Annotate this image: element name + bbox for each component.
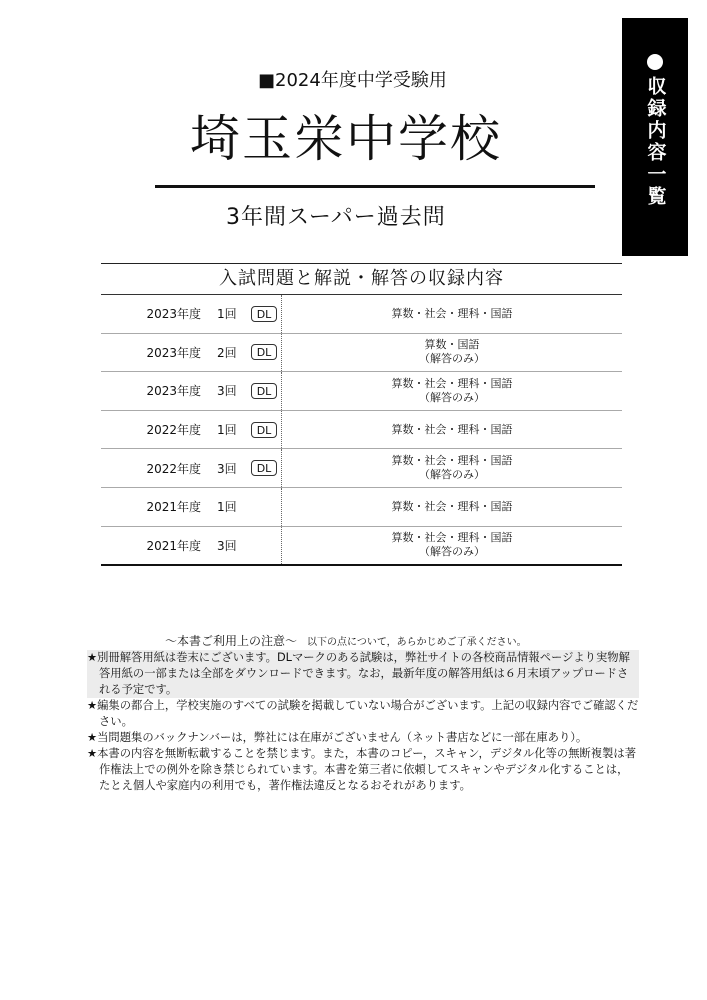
notes-list: ★別冊解答用紙は巻末にございます。DLマークのある試験は，弊社サイトの各校商品情… [87, 650, 639, 794]
subjects-text: 算数・社会・理科・国語 [392, 377, 513, 391]
contents-heading: 入試問題と解説・解答の収録内容 [101, 263, 622, 295]
dl-badge: DL [251, 422, 277, 438]
exam-round: 3回 [217, 460, 247, 477]
exam-year: 2022年度 [146, 421, 201, 438]
school-name: 埼玉栄中学校 [190, 112, 502, 167]
notes-aside: 以下の点について，あらかじめご了承ください。 [307, 637, 527, 648]
dl-badge [251, 499, 277, 515]
exam-info: 2023年度3回DL [101, 372, 282, 410]
subjects-text: 算数・社会・理科・国語 [392, 454, 513, 468]
edition-kicker: ■2024年度中学受験用 [258, 66, 447, 92]
exam-year: 2023年度 [146, 382, 201, 399]
exam-year: 2021年度 [146, 537, 201, 554]
table-row: 2021年度3回算数・社会・理科・国語（解答のみ） [101, 527, 622, 567]
dl-badge: DL [251, 344, 277, 360]
exam-round: 1回 [217, 305, 247, 322]
subjects-text: 算数・社会・理科・国語 [392, 423, 513, 437]
title-divider [155, 185, 595, 188]
exam-subjects: 算数・社会・理科・国語（解答のみ） [282, 372, 622, 410]
answers-only-note: （解答のみ） [419, 545, 485, 559]
subjects-text: 算数・社会・理科・国語 [392, 307, 513, 321]
table-row: 2023年度2回DL算数・国語（解答のみ） [101, 334, 622, 373]
answers-only-note: （解答のみ） [419, 468, 485, 482]
table-row: 2021年度1回算数・社会・理科・国語 [101, 488, 622, 527]
exam-subjects: 算数・社会・理科・国語 [282, 411, 622, 449]
dl-badge [251, 537, 277, 553]
note-item: ★当問題集のバックナンバーは，弊社には在庫がございません（ネット書店などに一部在… [87, 730, 639, 746]
exam-info: 2022年度1回DL [101, 411, 282, 449]
exam-round: 3回 [217, 382, 247, 399]
table-row: 2022年度1回DL算数・社会・理科・国語 [101, 411, 622, 450]
table-row: 2023年度3回DL算数・社会・理科・国語（解答のみ） [101, 372, 622, 411]
note-item: ★別冊解答用紙は巻末にございます。DLマークのある試験は，弊社サイトの各校商品情… [87, 650, 639, 698]
subjects-text: 算数・社会・理科・国語 [392, 500, 513, 514]
side-tab: 収録内容一覧 [622, 18, 688, 256]
exam-subjects: 算数・社会・理科・国語（解答のみ） [282, 527, 622, 565]
exam-year: 2022年度 [146, 460, 201, 477]
contents-table: 入試問題と解説・解答の収録内容 2023年度1回DL算数・社会・理科・国語202… [101, 263, 622, 566]
exam-round: 1回 [217, 498, 247, 515]
exam-round: 3回 [217, 537, 247, 554]
notes-title: ～本書ご利用上の注意～以下の点について，あらかじめご了承ください。 [165, 632, 527, 649]
exam-info: 2023年度1回DL [101, 295, 282, 333]
dl-badge: DL [251, 460, 277, 476]
exam-subjects: 算数・社会・理科・国語（解答のみ） [282, 449, 622, 487]
subjects-text: 算数・国語 [425, 338, 480, 352]
exam-info: 2021年度1回 [101, 488, 282, 526]
side-tab-label: 収録内容一覧 [646, 76, 665, 208]
exam-round: 1回 [217, 421, 247, 438]
exam-year: 2023年度 [146, 305, 201, 322]
bullet-circle-icon [647, 54, 663, 70]
exam-info: 2021年度3回 [101, 527, 282, 565]
exam-info: 2023年度2回DL [101, 334, 282, 372]
exam-subjects: 算数・社会・理科・国語 [282, 295, 622, 333]
note-item: ★本書の内容を無断転載することを禁じます。また，本書のコピー，スキャン，デジタル… [87, 746, 639, 794]
table-row: 2022年度3回DL算数・社会・理科・国語（解答のみ） [101, 449, 622, 488]
note-item: ★編集の都合上，学校実施のすべての試験を掲載していない場合がございます。上記の収… [87, 698, 639, 730]
exam-subjects: 算数・国語（解答のみ） [282, 334, 622, 372]
exam-year: 2023年度 [146, 344, 201, 361]
table-row: 2023年度1回DL算数・社会・理科・国語 [101, 295, 622, 334]
notes-heading: ～本書ご利用上の注意～ [165, 634, 297, 648]
exam-subjects: 算数・社会・理科・国語 [282, 488, 622, 526]
book-subtitle: 3年間スーパー過去問 [226, 200, 446, 231]
dl-badge: DL [251, 306, 277, 322]
exam-round: 2回 [217, 344, 247, 361]
subjects-text: 算数・社会・理科・国語 [392, 531, 513, 545]
answers-only-note: （解答のみ） [419, 391, 485, 405]
dl-badge: DL [251, 383, 277, 399]
answers-only-note: （解答のみ） [419, 352, 485, 366]
exam-year: 2021年度 [146, 498, 201, 515]
exam-info: 2022年度3回DL [101, 449, 282, 487]
